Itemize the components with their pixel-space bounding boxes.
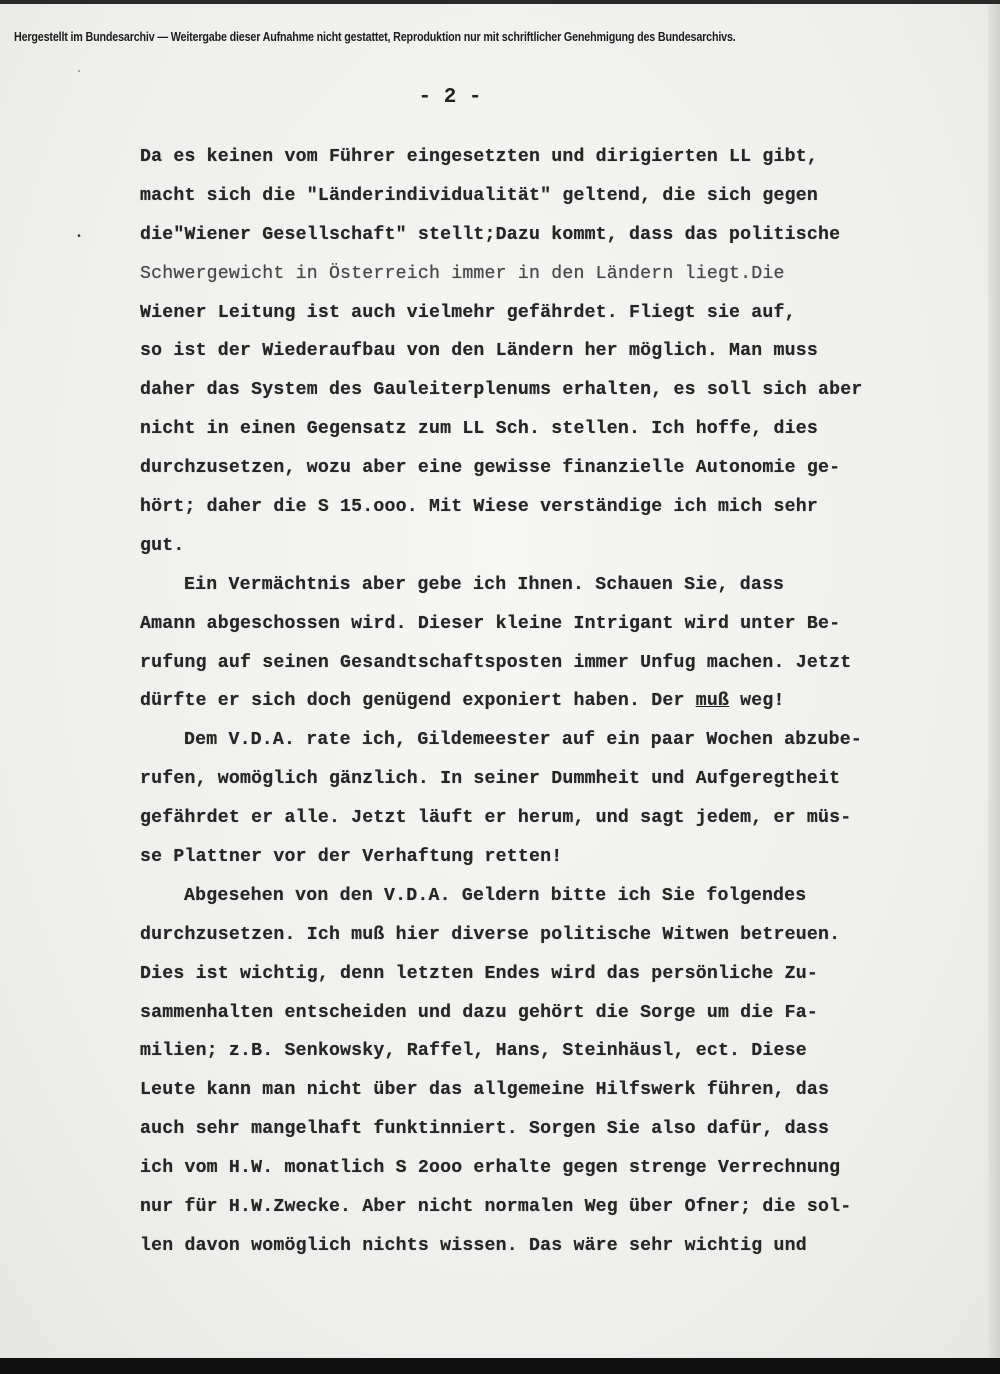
text-line: Da es keinen vom Führer eingesetzten und… (140, 138, 960, 177)
text-line: Dies ist wichtig, denn letzten Endes wir… (140, 955, 960, 994)
text-segment: weg! (729, 691, 785, 711)
paragraph-4: Abgesehen von den V.D.A. Geldern bitte i… (140, 877, 960, 1266)
text-line: die"Wiener Gesellschaft" stellt;Dazu kom… (140, 216, 960, 255)
text-line: ich vom H.W. monatlich S 2ooo erhalte ge… (140, 1149, 960, 1188)
document-page: Hergestellt im Bundesarchiv — Weitergabe… (0, 0, 1000, 1358)
text-line: Ein Vermächtnis aber gebe ich Ihnen. Sch… (140, 566, 960, 605)
text-line: daher das System des Gauleiterplenums er… (140, 371, 960, 410)
page-edge-shadow (988, 4, 1000, 1362)
text-line: sammenhalten entscheiden und dazu gehört… (140, 994, 960, 1033)
text-line: len davon womöglich nichts wissen. Das w… (140, 1227, 960, 1266)
text-line: nicht in einen Gegensatz zum LL Sch. ste… (140, 410, 960, 449)
page-number: - 2 - (0, 86, 900, 109)
text-line: se Plattner vor der Verhaftung retten! (140, 838, 960, 877)
text-line: Amann abgeschossen wird. Dieser kleine I… (140, 605, 960, 644)
margin-dot: • (76, 232, 82, 243)
text-line: Abgesehen von den V.D.A. Geldern bitte i… (140, 877, 960, 916)
scan-border (0, 1358, 1000, 1374)
paragraph-1: Da es keinen vom Führer eingesetzten und… (140, 138, 960, 566)
text-line: Schwergewicht in Österreich immer in den… (140, 255, 960, 294)
text-line: so ist der Wiederaufbau von den Ländern … (140, 332, 960, 371)
text-segment: dürfte er sich doch genügend exponiert h… (140, 691, 696, 711)
text-line: Dem V.D.A. rate ich, Gildemeester auf ei… (140, 721, 960, 760)
text-line: rufen, womöglich gänzlich. In seiner Dum… (140, 760, 960, 799)
text-line: dürfte er sich doch genügend exponiert h… (140, 682, 960, 721)
text-line: durchzusetzen. Ich muß hier diverse poli… (140, 916, 960, 955)
text-line: rufung auf seinen Gesandtschaftsposten i… (140, 644, 960, 683)
paragraph-3: Dem V.D.A. rate ich, Gildemeester auf ei… (140, 721, 960, 877)
underlined-word: muß (696, 691, 729, 711)
text-line: nur für H.W.Zwecke. Aber nicht normalen … (140, 1188, 960, 1227)
text-line: durchzusetzen, wozu aber eine gewisse fi… (140, 449, 960, 488)
text-line: Leute kann man nicht über das allgemeine… (140, 1071, 960, 1110)
text-line: gut. (140, 527, 960, 566)
text-line: macht sich die "Länderindividualität" ge… (140, 177, 960, 216)
stray-mark: ʻ (76, 70, 82, 81)
paragraph-2: Ein Vermächtnis aber gebe ich Ihnen. Sch… (140, 566, 960, 722)
text-line: Wiener Leitung ist auch vielmehr gefährd… (140, 294, 960, 333)
archive-notice: Hergestellt im Bundesarchiv — Weitergabe… (14, 30, 736, 44)
letter-body: Da es keinen vom Führer eingesetzten und… (140, 138, 960, 1266)
text-line: gefährdet er alle. Jetzt läuft er herum,… (140, 799, 960, 838)
text-line: hört; daher die S 15.ooo. Mit Wiese vers… (140, 488, 960, 527)
text-line: milien; z.B. Senkowsky, Raffel, Hans, St… (140, 1032, 960, 1071)
text-line: auch sehr mangelhaft funktinniert. Sorge… (140, 1110, 960, 1149)
